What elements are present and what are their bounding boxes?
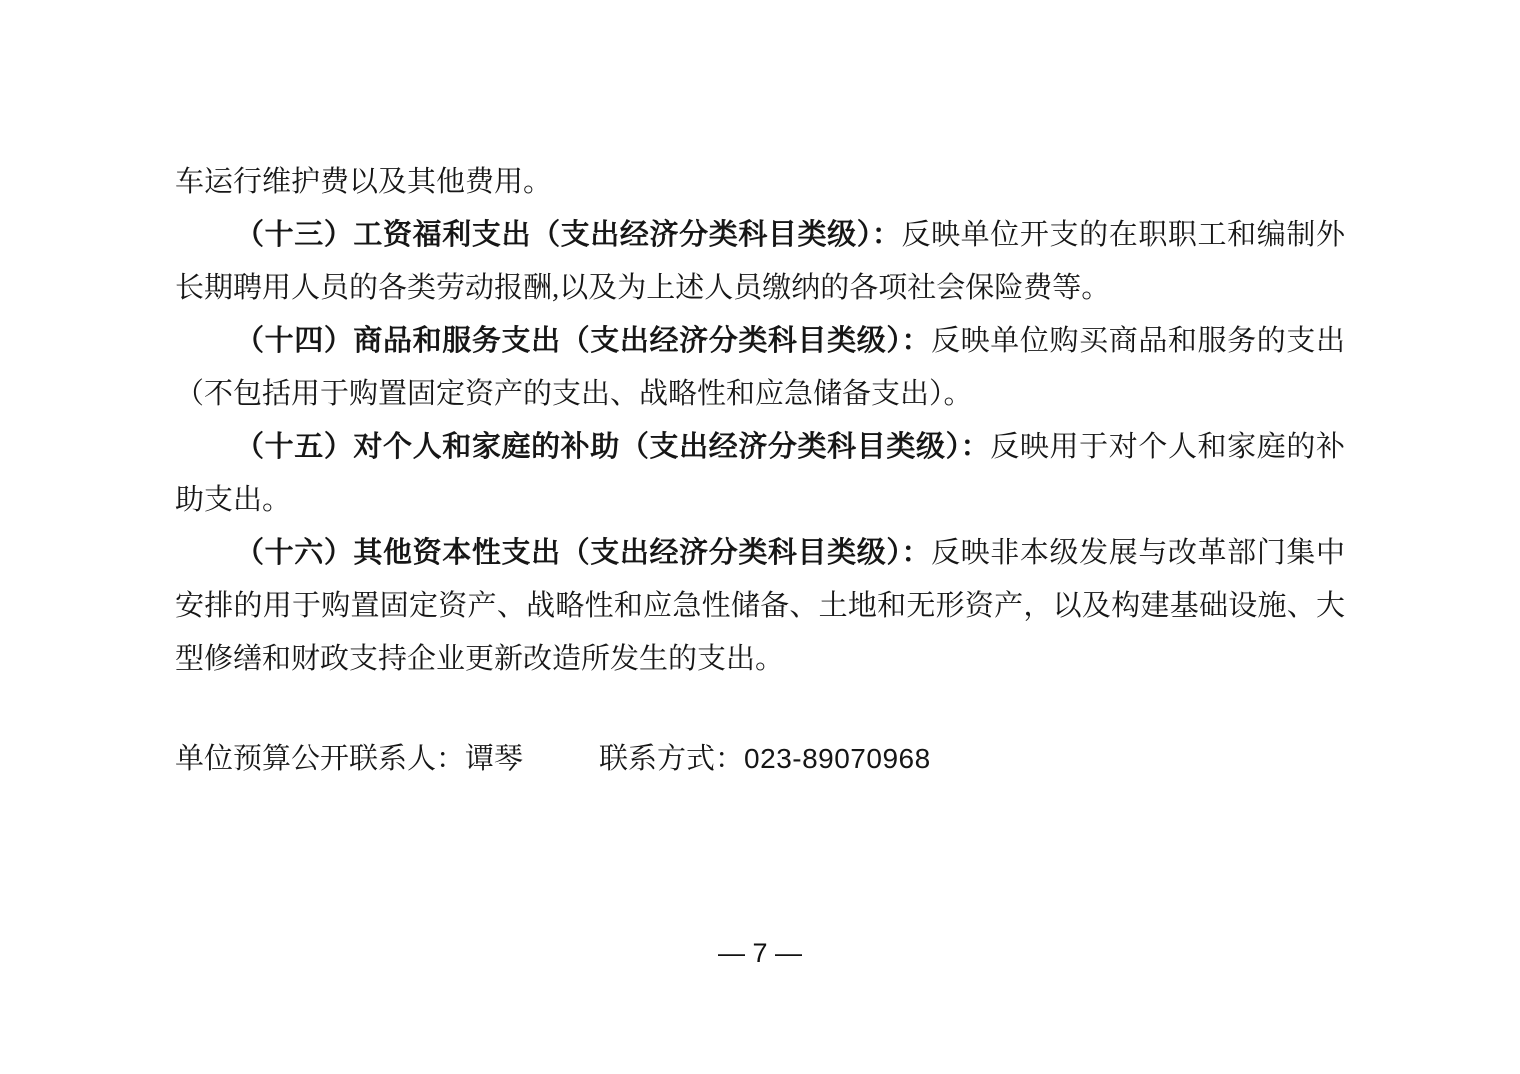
contact-method-label: 联系方式：: [599, 743, 744, 775]
page-number: — 7 —: [0, 938, 1520, 969]
paragraph-lead: （十六）其他资本性支出（支出经济分类科目类级）：: [235, 537, 931, 569]
paragraph-text: 车运行维护费以及其他费用。: [175, 166, 552, 198]
paragraph-item-16: （十六）其他资本性支出（支出经济分类科目类级）：反映非本级发展与改革部门集中安排…: [175, 527, 1345, 686]
contact-person-name: 谭琴: [465, 743, 523, 775]
paragraph-lead: （十五）对个人和家庭的补助（支出经济分类科目类级）：: [235, 431, 990, 463]
paragraph-item-14: （十四）商品和服务支出（支出经济分类科目类级）：反映单位购买商品和服务的支出（不…: [175, 315, 1345, 421]
contact-person-label: 单位预算公开联系人：: [175, 743, 465, 775]
document-page: 车运行维护费以及其他费用。 （十三）工资福利支出（支出经济分类科目类级）：反映单…: [0, 0, 1520, 1074]
paragraph-continuation: 车运行维护费以及其他费用。: [175, 156, 1345, 209]
paragraph-lead: （十三）工资福利支出（支出经济分类科目类级）：: [235, 219, 901, 251]
document-body: 车运行维护费以及其他费用。 （十三）工资福利支出（支出经济分类科目类级）：反映单…: [175, 156, 1345, 786]
paragraph-item-15: （十五）对个人和家庭的补助（支出经济分类科目类级）：反映用于对个人和家庭的补助支…: [175, 421, 1345, 527]
paragraph-lead: （十四）商品和服务支出（支出经济分类科目类级）：: [235, 325, 931, 357]
contact-line: 单位预算公开联系人：谭琴联系方式：023-89070968: [175, 732, 1345, 786]
paragraph-item-13: （十三）工资福利支出（支出经济分类科目类级）：反映单位开支的在职职工和编制外长期…: [175, 209, 1345, 315]
contact-phone-number: 023-89070968: [744, 743, 931, 774]
